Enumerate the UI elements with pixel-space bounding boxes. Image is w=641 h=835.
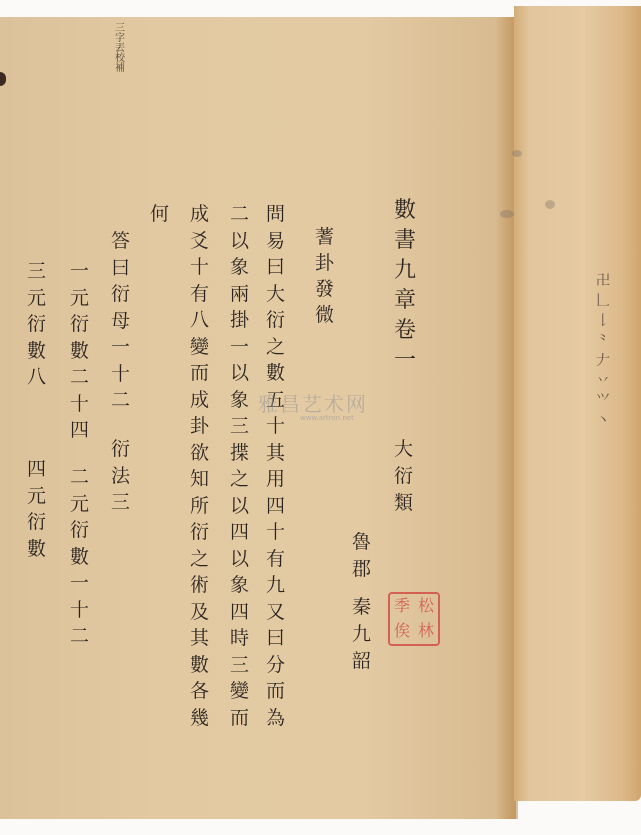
question-column-4: 何 (150, 205, 169, 224)
question-column-3: 成 爻 十 有 八 變 而 成 卦 欲 知 所 衍 之 術 及 其 數 各 幾 (190, 205, 209, 728)
paper-stain (512, 150, 522, 157)
element-3-count: 三 元 衍 數 八 (27, 262, 46, 387)
adjacent-page-edge (514, 6, 641, 801)
watermark: 雅昌艺术网 (258, 388, 386, 414)
paper-stain (545, 200, 555, 209)
paper-stain (500, 210, 514, 218)
question-column-1: 問 易 曰 大 衍 之 數 五 十 其 用 四 十 有 九 又 曰 分 而 為 (266, 205, 285, 728)
margin-note: 三 字 丟 校 補 (115, 24, 125, 74)
question-column-2: 二 以 象 兩 掛 一 以 象 三 揲 之 以 四 以 象 四 時 三 變 而 (230, 205, 249, 728)
author-name: 秦 九 韶 (352, 598, 371, 671)
bleed-through-ink: 卍 𠃊 𠄌 ⺀ 𠂇 丷 ⺍ 丶 (596, 270, 618, 470)
book-title: 數 書 九 章 卷 一 (394, 200, 416, 372)
author-place: 魯 郡 (352, 533, 371, 579)
chapter-category: 大 衍 類 (394, 440, 413, 513)
element-1-count: 一 元 衍 數 二 十 四 (70, 262, 89, 440)
section-heading: 蓍 卦 發 微 (315, 228, 334, 325)
watermark-url: www.artron.net (300, 414, 354, 422)
answer-column-1: 答 曰 衍 母 一 十 二 (111, 232, 130, 410)
element-4-count: 四 元 衍 數 (27, 460, 46, 559)
element-2-count: 二 元 衍 數 一 十 二 (70, 468, 89, 646)
answer-column-2: 衍 法 三 (111, 440, 130, 512)
red-seal: 季 松 俟 林 (388, 592, 440, 646)
